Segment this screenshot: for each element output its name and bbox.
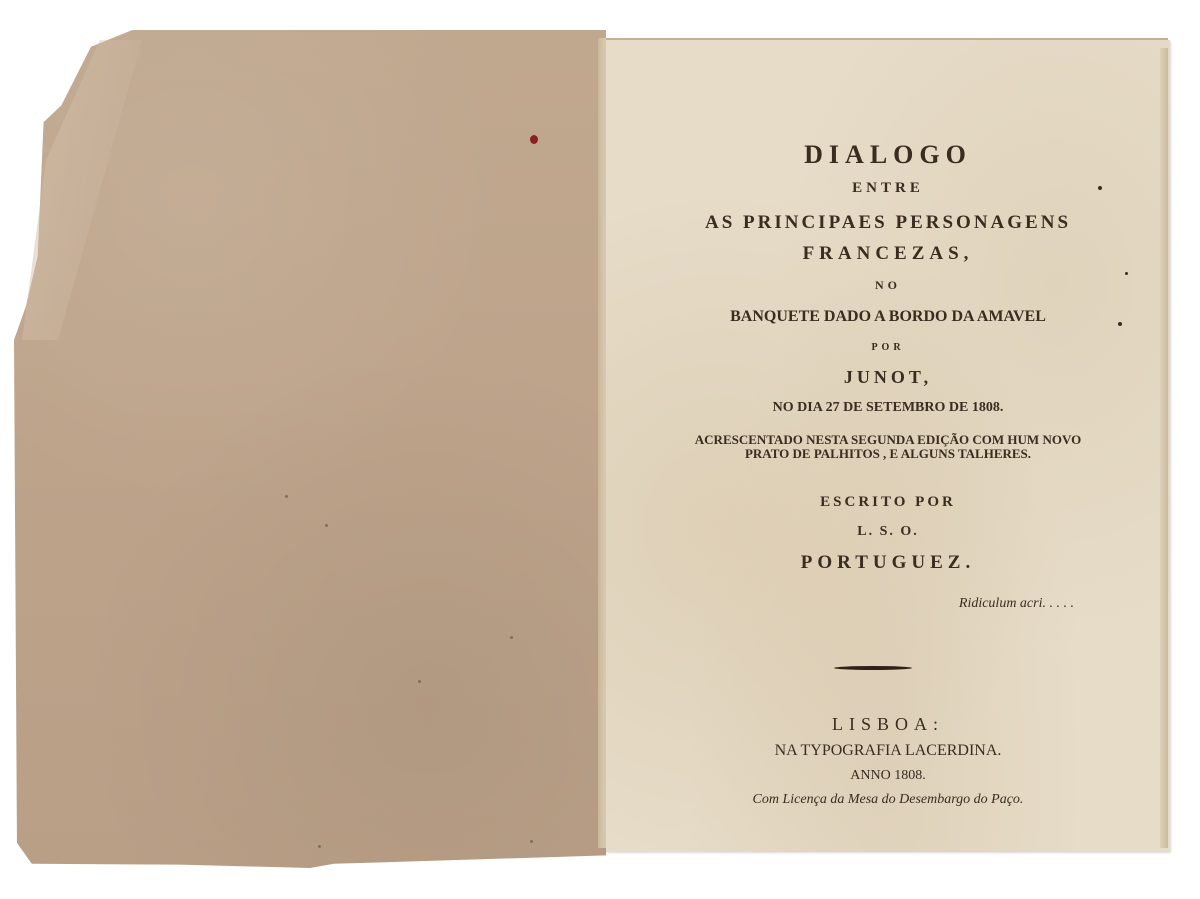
author-initials: L. S. O. bbox=[606, 524, 1170, 540]
event-date: NO DIA 27 DE SETEMBRO DE 1808. bbox=[606, 400, 1170, 416]
cover-speck bbox=[318, 845, 321, 848]
author-junot: JUNOT, bbox=[606, 367, 1170, 388]
title-no: NO bbox=[606, 278, 1170, 293]
imprint-year: ANNO 1808. bbox=[606, 768, 1170, 784]
imprint-printer: NA TYPOGRAFIA LACERDINA. bbox=[606, 742, 1170, 760]
cover-speck bbox=[530, 840, 533, 843]
title-entre: ENTRE bbox=[606, 180, 1170, 197]
cover-speck bbox=[325, 524, 328, 527]
imprint-city: LISBOA: bbox=[606, 714, 1170, 735]
cover-speck bbox=[418, 680, 421, 683]
photograph-scene: DIALOGO ENTRE AS PRINCIPAES PERSONAGENS … bbox=[0, 0, 1200, 899]
author-nationality: PORTUGUEZ. bbox=[606, 552, 1170, 574]
title-principaes: AS PRINCIPAES PERSONAGENS bbox=[606, 212, 1170, 234]
edition-note: ACRESCENTADO NESTA SEGUNDA EDIÇÃO COM HU… bbox=[606, 433, 1170, 461]
cover-speck bbox=[285, 495, 288, 498]
title-por: POR bbox=[606, 342, 1170, 353]
cover-speck bbox=[510, 636, 513, 639]
title-francezas: FRANCEZAS, bbox=[606, 243, 1170, 265]
title-heading: DIALOGO bbox=[606, 140, 1170, 170]
imprint-license: Com Licença da Mesa do Desembargo do Paç… bbox=[606, 792, 1170, 808]
ornamental-rule bbox=[834, 666, 912, 670]
latin-motto: Ridiculum acri. . . . . bbox=[959, 596, 1074, 612]
title-banquete: BANQUETE DADO A BORDO DA AMAVEL bbox=[606, 308, 1170, 326]
title-page-text: DIALOGO ENTRE AS PRINCIPAES PERSONAGENS … bbox=[606, 40, 1170, 852]
written-by-label: ESCRITO POR bbox=[606, 494, 1170, 511]
red-stain-mark bbox=[530, 135, 538, 144]
